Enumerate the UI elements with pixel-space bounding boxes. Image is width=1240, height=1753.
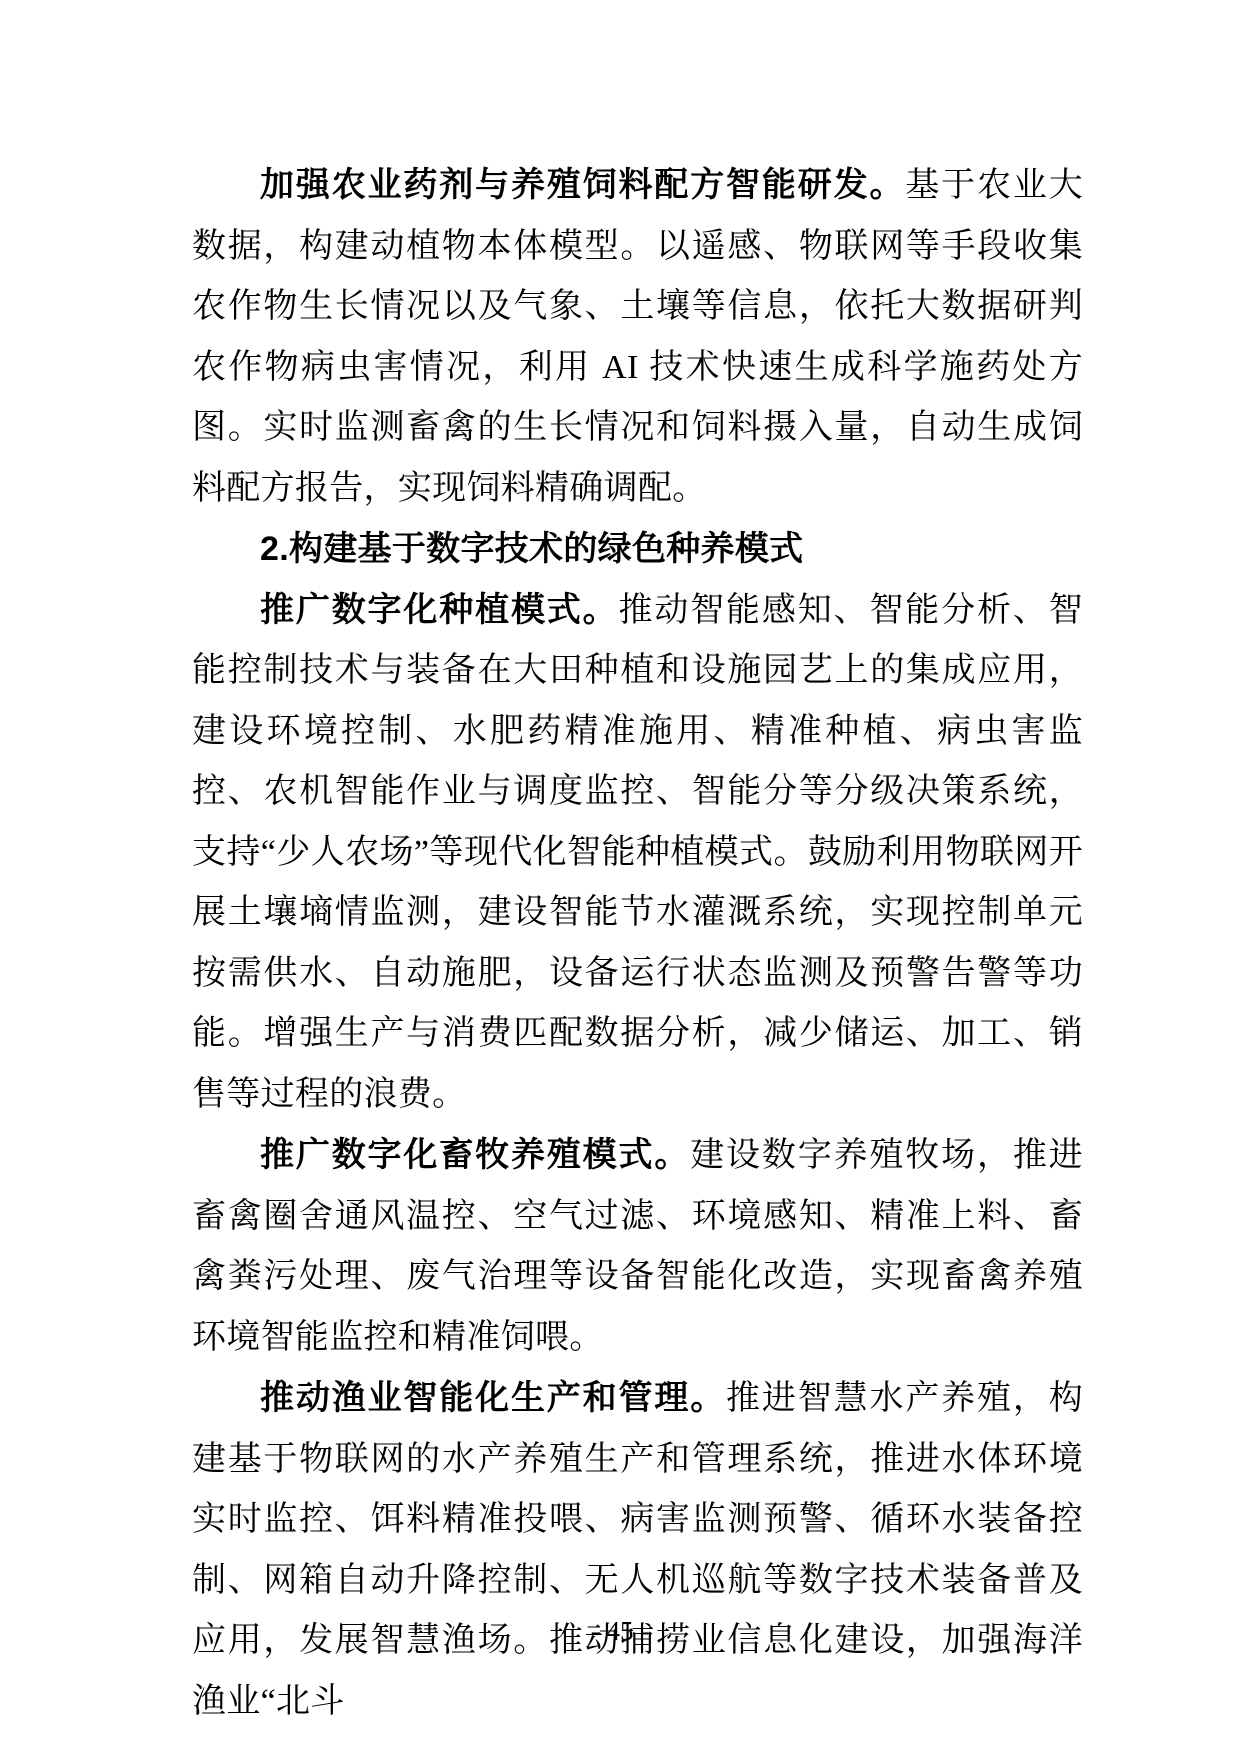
paragraph-lead-bold: 推广数字化种植模式。 (260, 591, 619, 629)
paragraph-smart-fishery: 推动渔业智能化生产和管理。推进智慧水产养殖，构建基于物联网的水产养殖生产和管理系… (192, 1368, 1083, 1732)
paragraph-text: 推进智慧水产养殖，构建基于物联网的水产养殖生产和管理系统，推进水体环境实时监控、… (192, 1380, 1083, 1720)
page-number: - 45 - (0, 1616, 1240, 1647)
paragraph-digital-livestock: 推广数字化畜牧养殖模式。建设数字养殖牧场，推进畜禽圈舍通风温控、空气过滤、环境感… (192, 1125, 1083, 1368)
paragraph-agri-pharma-feed: 加强农业药剂与养殖饲料配方智能研发。基于农业大数据，构建动植物本体模型。以遥感、… (192, 155, 1083, 519)
document-page: 加强农业药剂与养殖饲料配方智能研发。基于农业大数据，构建动植物本体模型。以遥感、… (0, 0, 1240, 1753)
paragraph-lead-bold: 加强农业药剂与养殖饲料配方智能研发。 (260, 166, 905, 204)
paragraph-text: 推动智能感知、智能分析、智能控制技术与装备在大田种植和设施园艺上的集成应用，建设… (192, 592, 1083, 1113)
paragraph-digital-planting: 推广数字化种植模式。推动智能感知、智能分析、智能控制技术与装备在大田种植和设施园… (192, 580, 1083, 1126)
section-heading-green-farming: 2.构建基于数字技术的绿色种养模式 (192, 519, 1083, 580)
page-body: 加强农业药剂与养殖饲料配方智能研发。基于农业大数据，构建动植物本体模型。以遥感、… (192, 155, 1083, 1732)
paragraph-lead-bold: 推广数字化畜牧养殖模式。 (260, 1136, 690, 1174)
paragraph-lead-bold: 推动渔业智能化生产和管理。 (260, 1379, 726, 1417)
paragraph-text: 基于农业大数据，构建动植物本体模型。以遥感、物联网等手段收集农作物生长情况以及气… (192, 167, 1083, 507)
